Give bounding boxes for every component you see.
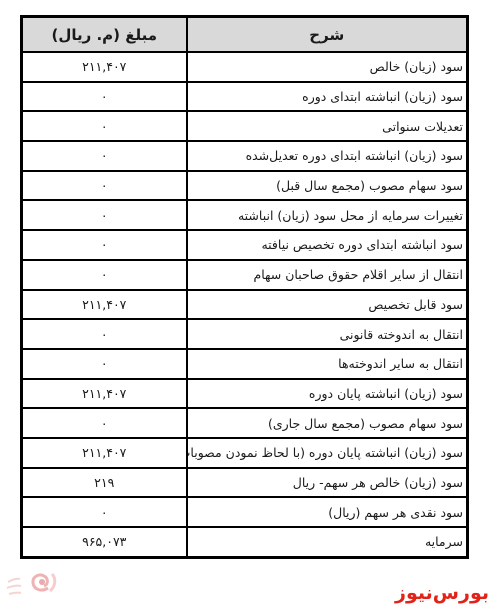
row-amount: ۰ [22, 319, 187, 349]
row-amount: ۰ [22, 497, 187, 527]
header-description: شرح [187, 17, 468, 53]
table-row: تعدیلات سنواتی۰ [22, 111, 468, 141]
row-description: انتقال به اندوخته قانونی [187, 319, 468, 349]
table-row: انتقال به سایر اندوخته‌ها۰ [22, 349, 468, 379]
header-amount: مبلغ (م. ریال) [22, 17, 187, 53]
table-row: سود (زیان) خالص هر سهم- ریال۲۱۹ [22, 468, 468, 498]
row-description: انتقال به سایر اندوخته‌ها [187, 349, 468, 379]
row-amount: ۰ [22, 82, 187, 112]
table-row: سرمایه۹۶۵,۰۷۳ [22, 527, 468, 557]
row-description: سود (زیان) خالص [187, 52, 468, 82]
row-description: انتقال از سایر اقلام حقوق صاحبان سهام [187, 260, 468, 290]
row-amount: ۲۱۱,۴۰۷ [22, 438, 187, 468]
row-description: سود (زیان) انباشته پایان دوره (با لحاظ ن… [187, 438, 468, 468]
row-amount: ۹۶۵,۰۷۳ [22, 527, 187, 557]
table-row: انتقال از سایر اقلام حقوق صاحبان سهام۰ [22, 260, 468, 290]
row-description: تغییرات سرمایه از محل سود (زیان) انباشته [187, 200, 468, 230]
row-description: سود قابل تخصیص [187, 290, 468, 320]
table-row: سود نقدی هر سهم (ریال)۰ [22, 497, 468, 527]
row-description: سود (زیان) انباشته ابتدای دوره [187, 82, 468, 112]
row-amount: ۰ [22, 200, 187, 230]
financial-statement-table: شرح مبلغ (م. ریال) سود (زیان) خالص۲۱۱,۴۰… [20, 15, 469, 559]
row-amount: ۰ [22, 111, 187, 141]
row-amount: ۲۱۱,۴۰۷ [22, 379, 187, 409]
row-description: سود (زیان) انباشته پایان دوره [187, 379, 468, 409]
table-row: سود (زیان) انباشته ابتدای دوره تعدیل‌شده… [22, 141, 468, 171]
table-row: سود (زیان) انباشته پایان دوره (با لحاظ ن… [22, 438, 468, 468]
row-description: سود نقدی هر سهم (ریال) [187, 497, 468, 527]
table-row: سود (زیان) خالص۲۱۱,۴۰۷ [22, 52, 468, 82]
page-background: شرح مبلغ (م. ریال) سود (زیان) خالص۲۱۱,۴۰… [0, 0, 491, 608]
row-amount: ۲۱۱,۴۰۷ [22, 52, 187, 82]
row-description: سود (زیان) انباشته ابتدای دوره تعدیل‌شده [187, 141, 468, 171]
row-description: سود (زیان) خالص هر سهم- ریال [187, 468, 468, 498]
row-amount: ۰ [22, 349, 187, 379]
row-description: سود انباشته ابتدای دوره تخصیص نیافته [187, 230, 468, 260]
table-body: سود (زیان) خالص۲۱۱,۴۰۷سود (زیان) انباشته… [22, 52, 468, 557]
bourse-news-swirl-logo-watermark [4, 560, 66, 602]
row-amount: ۰ [22, 230, 187, 260]
row-description: سود سهام مصوب (مجمع سال قبل) [187, 171, 468, 201]
table-header-row: شرح مبلغ (م. ریال) [22, 17, 468, 53]
table-row: سود سهام مصوب (مجمع سال قبل)۰ [22, 171, 468, 201]
row-description: سرمایه [187, 527, 468, 557]
table-row: سود (زیان) انباشته پایان دوره۲۱۱,۴۰۷ [22, 379, 468, 409]
table-row: سود سهام مصوب (مجمع سال جاری)۰ [22, 408, 468, 438]
row-amount: ۲۱۱,۴۰۷ [22, 290, 187, 320]
row-amount: ۰ [22, 408, 187, 438]
bourse-news-brand-watermark: بورس‌نیوز [395, 584, 489, 603]
table-row: تغییرات سرمایه از محل سود (زیان) انباشته… [22, 200, 468, 230]
row-amount: ۰ [22, 260, 187, 290]
table-row: سود انباشته ابتدای دوره تخصیص نیافته۰ [22, 230, 468, 260]
row-description: تعدیلات سنواتی [187, 111, 468, 141]
row-amount: ۰ [22, 141, 187, 171]
table-row: سود (زیان) انباشته ابتدای دوره۰ [22, 82, 468, 112]
row-description: سود سهام مصوب (مجمع سال جاری) [187, 408, 468, 438]
row-amount: ۲۱۹ [22, 468, 187, 498]
table-row: سود قابل تخصیص۲۱۱,۴۰۷ [22, 290, 468, 320]
row-amount: ۰ [22, 171, 187, 201]
table-row: انتقال به اندوخته قانونی۰ [22, 319, 468, 349]
